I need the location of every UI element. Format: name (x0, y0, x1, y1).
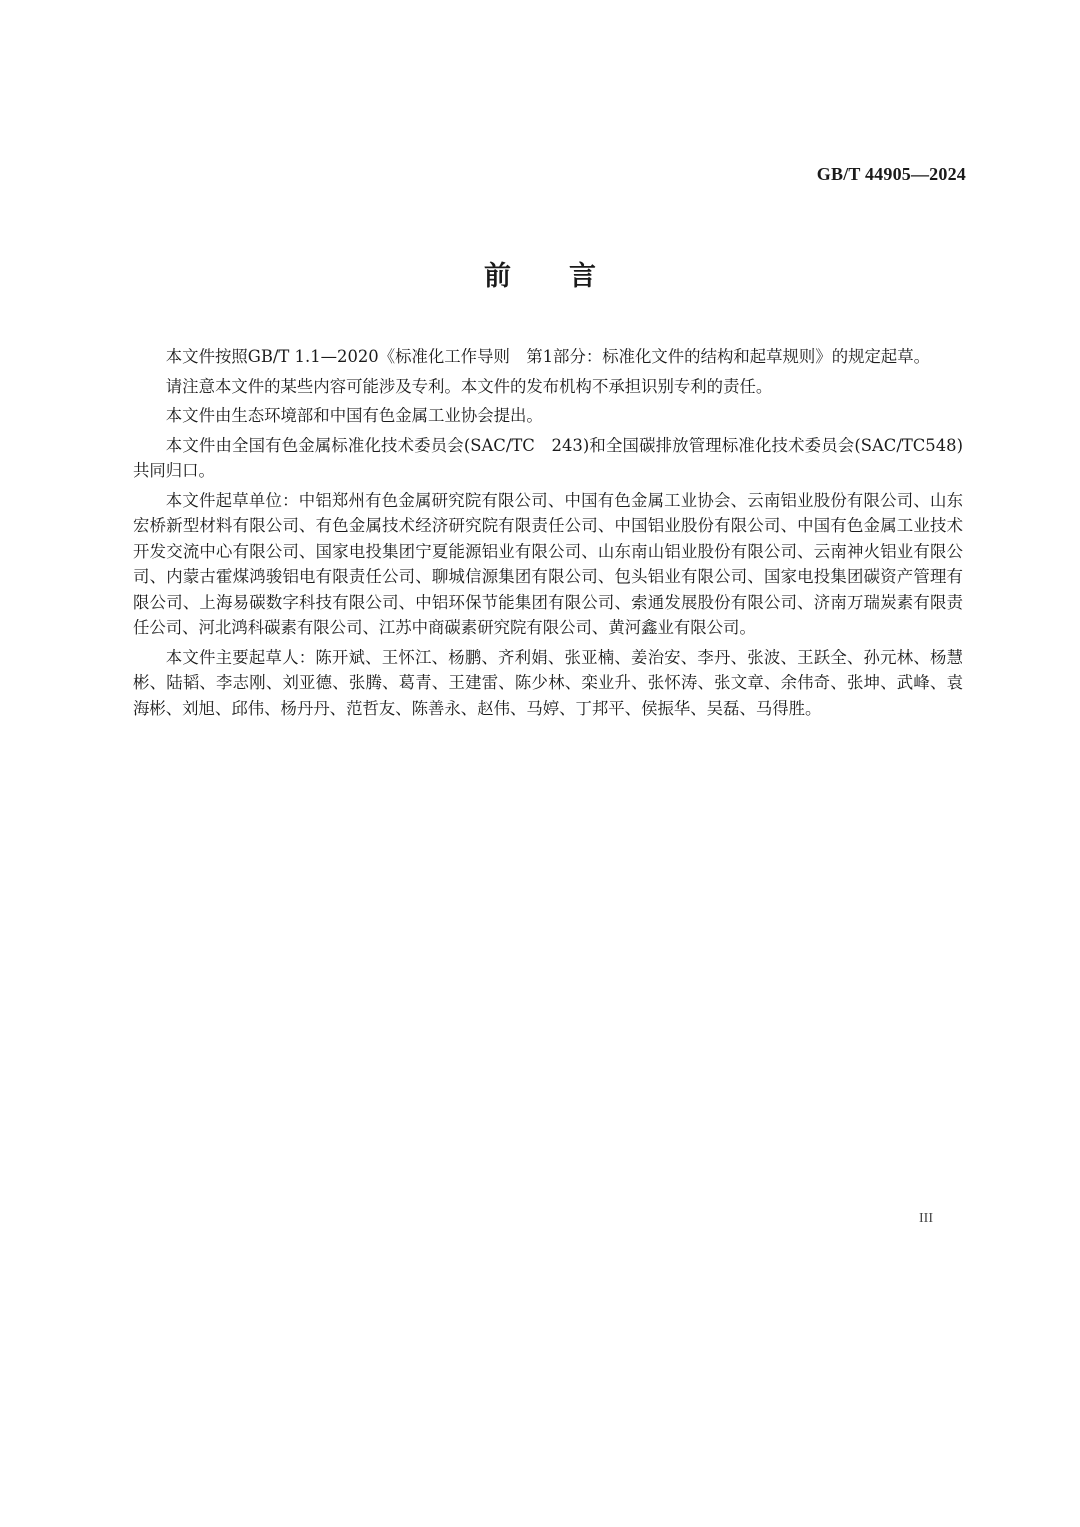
paragraph-proposer: 本文件由生态环境部和中国有色金属工业协会提出。 (133, 403, 963, 429)
page-number: III (919, 1211, 933, 1227)
paragraph-drafters: 本文件主要起草人：陈开斌、王怀江、杨鹏、齐利娟、张亚楠、姜治安、李丹、张波、王跃… (133, 645, 963, 722)
page-title: 前言 (0, 254, 1080, 293)
foreword-body: 本文件按照GB/T 1.1—2020《标准化工作导则 第1部分：标准化文件的结构… (133, 344, 963, 725)
paragraph-technical-committee: 本文件由全国有色金属标准化技术委员会(SAC/TC 243)和全国碳排放管理标准… (133, 433, 963, 484)
title-char-1: 前 (484, 254, 511, 293)
title-char-2: 言 (569, 254, 596, 293)
paragraph-drafting-rules: 本文件按照GB/T 1.1—2020《标准化工作导则 第1部分：标准化文件的结构… (133, 344, 963, 370)
paragraph-patent-notice: 请注意本文件的某些内容可能涉及专利。本文件的发布机构不承担识别专利的责任。 (133, 374, 963, 400)
paragraph-drafting-organizations: 本文件起草单位：中铝郑州有色金属研究院有限公司、中国有色金属工业协会、云南铝业股… (133, 488, 963, 641)
standard-code: GB/T 44905—2024 (817, 164, 966, 185)
